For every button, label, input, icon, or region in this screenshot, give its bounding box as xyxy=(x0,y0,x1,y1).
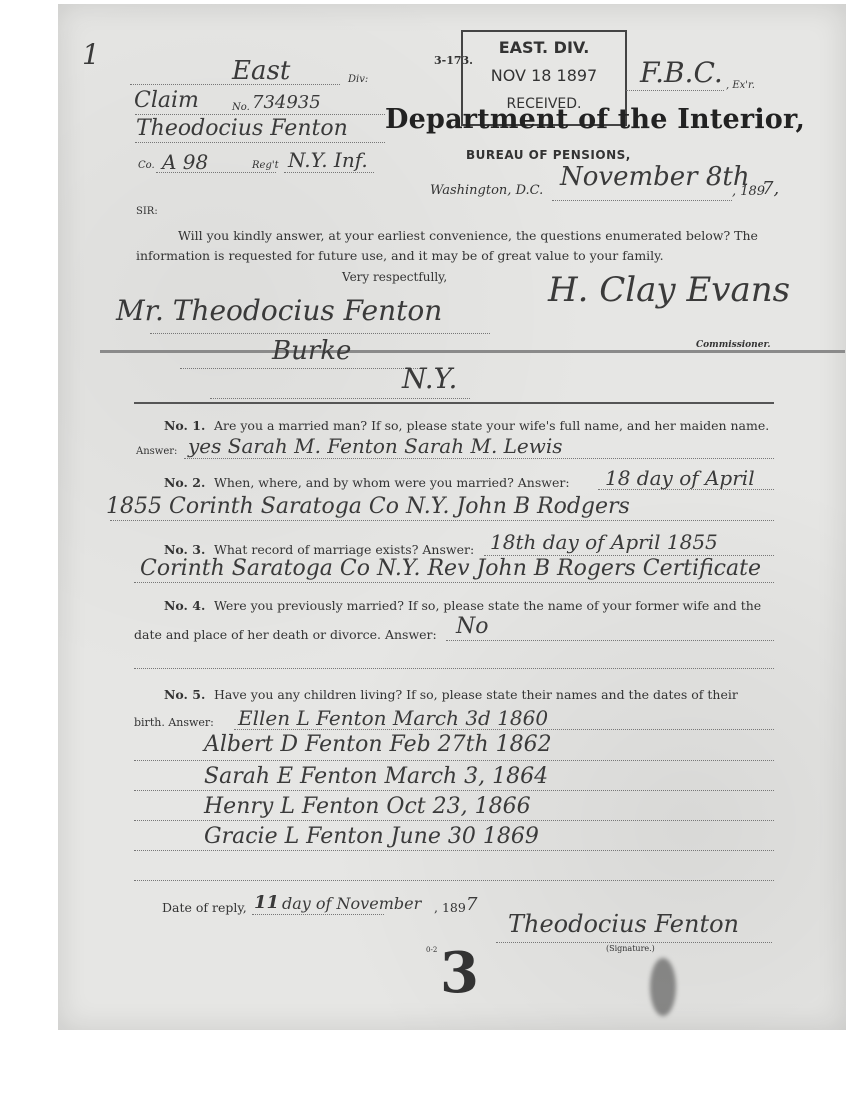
regt-line xyxy=(284,172,374,173)
section-divider xyxy=(134,402,774,404)
q4-text: Were you previously married? If so, plea… xyxy=(214,598,761,613)
examiner-label: , Ex'r. xyxy=(726,80,755,91)
addressee-name: Mr. Theodocius Fenton xyxy=(116,294,442,327)
q2-number: No. 2. xyxy=(164,475,205,490)
q3-answer-line xyxy=(134,582,774,583)
reply-year-prefix: , 189 xyxy=(434,900,466,915)
co-value: A 98 xyxy=(162,150,208,174)
q5-text: Have you any children living? If so, ple… xyxy=(214,687,738,702)
place-label: Washington, D.C. xyxy=(430,183,543,198)
letter-year-suffix: 7, xyxy=(762,178,779,199)
q3-answer: Corinth Saratoga Co N.Y. Rev John B Roge… xyxy=(140,556,761,581)
smudge-rule xyxy=(100,350,845,353)
claimant-signature: Theodocius Fenton xyxy=(508,910,739,938)
q1-number: No. 1. xyxy=(164,418,205,433)
commissioner-signature: H. Clay Evans xyxy=(548,270,790,310)
bureau-title: BUREAU OF PENSIONS, xyxy=(466,148,631,162)
examiner-line xyxy=(626,90,724,91)
q4-number: No. 4. xyxy=(164,598,205,613)
claim-label-hand: Claim xyxy=(134,88,199,113)
examiner-initials: F.B.C. xyxy=(640,56,723,89)
commissioner-label: Commissioner. xyxy=(696,340,771,350)
q5-answer-inline: Ellen L Fenton March 3d 1860 xyxy=(238,706,548,730)
signature-line xyxy=(496,942,772,943)
stamp-date: NOV 18 1897 xyxy=(463,64,625,88)
reply-year-suffix: 7 xyxy=(466,894,477,915)
q5-child-3: Henry L Fenton Oct 23, 1866 xyxy=(204,794,531,819)
corner-mark: 1 xyxy=(82,38,100,71)
date-line xyxy=(552,200,732,201)
addressee-town-line xyxy=(180,368,420,369)
q3-text: What record of marriage exists? Answer: xyxy=(214,542,474,557)
salutation: SIR: xyxy=(136,206,158,217)
claim-no-label: No. xyxy=(232,102,250,113)
addressee-name-line xyxy=(150,333,490,334)
q5-text2: birth. Answer: xyxy=(134,716,214,729)
q5-line-1 xyxy=(134,760,774,761)
q4-text2: date and place of her death or divorce. … xyxy=(134,627,437,642)
closing: Very respectfully, xyxy=(342,270,447,284)
letter-body-line2: information is requested for future use,… xyxy=(136,248,664,263)
q5-child-4: Gracie L Fenton June 30 1869 xyxy=(204,824,539,849)
addressee-state: N.Y. xyxy=(402,362,457,395)
q4-inline-line xyxy=(446,640,774,641)
q5-number: No. 5. xyxy=(164,687,205,702)
letter-year-prefix: , 189 xyxy=(732,184,765,199)
addressee-state-line xyxy=(210,398,470,399)
claim-no-value: 734935 xyxy=(252,92,321,113)
q4-answer-inline: No xyxy=(456,614,489,639)
division-value: East xyxy=(232,56,290,86)
q3-answer-inline: 18th day of April 1855 xyxy=(490,530,718,554)
q5-line-5 xyxy=(134,880,774,881)
letter-body-line1: Will you kindly answer, at your earliest… xyxy=(178,228,758,243)
regt-label: Reg't xyxy=(252,160,279,171)
letter-date: November 8th xyxy=(560,162,750,192)
stamp-division: EAST. DIV. xyxy=(463,36,625,60)
department-title: Department of the Interior, xyxy=(385,104,805,135)
q2-text: When, where, and by whom were you marrie… xyxy=(214,475,570,490)
q5-line-3 xyxy=(134,820,774,821)
form-code: 0-2 xyxy=(426,946,437,954)
ink-smudge xyxy=(650,958,676,1016)
q2-answer-line xyxy=(110,520,774,521)
q5-line-4 xyxy=(134,850,774,851)
co-label: Co. xyxy=(138,160,155,171)
q5-child-1: Albert D Fenton Feb 27th 1862 xyxy=(204,732,552,757)
q1-answer: yes Sarah M. Fenton Sarah M. Lewis xyxy=(188,434,563,458)
q4-answer-line xyxy=(134,668,774,669)
q5-line-2 xyxy=(134,790,774,791)
claimant-line xyxy=(135,142,385,143)
reply-day-month: day of November xyxy=(282,894,421,913)
q2-answer: 1855 Corinth Saratoga Co N.Y. John B Rod… xyxy=(106,494,630,519)
q1-answer-line xyxy=(184,458,774,459)
reply-day: 11 xyxy=(254,892,279,913)
claimant-name: Theodocius Fenton xyxy=(136,116,348,141)
claim-line xyxy=(135,114,385,115)
q5-child-2: Sarah E Fenton March 3, 1864 xyxy=(204,764,548,789)
reply-date-line xyxy=(252,914,384,915)
date-of-reply-label: Date of reply, xyxy=(162,900,247,915)
q2-answer-inline: 18 day of April xyxy=(605,466,755,490)
division-label: Div: xyxy=(348,74,368,85)
page-mark: 3 xyxy=(440,940,479,1006)
signature-label: (Signature.) xyxy=(606,944,655,953)
q1-text: Are you a married man? If so, please sta… xyxy=(214,418,769,433)
q1-answer-label: Answer: xyxy=(136,446,177,457)
regt-value: N.Y. Inf. xyxy=(288,148,368,172)
addressee-town: Burke xyxy=(272,336,351,366)
q3-number: No. 3. xyxy=(164,542,205,557)
